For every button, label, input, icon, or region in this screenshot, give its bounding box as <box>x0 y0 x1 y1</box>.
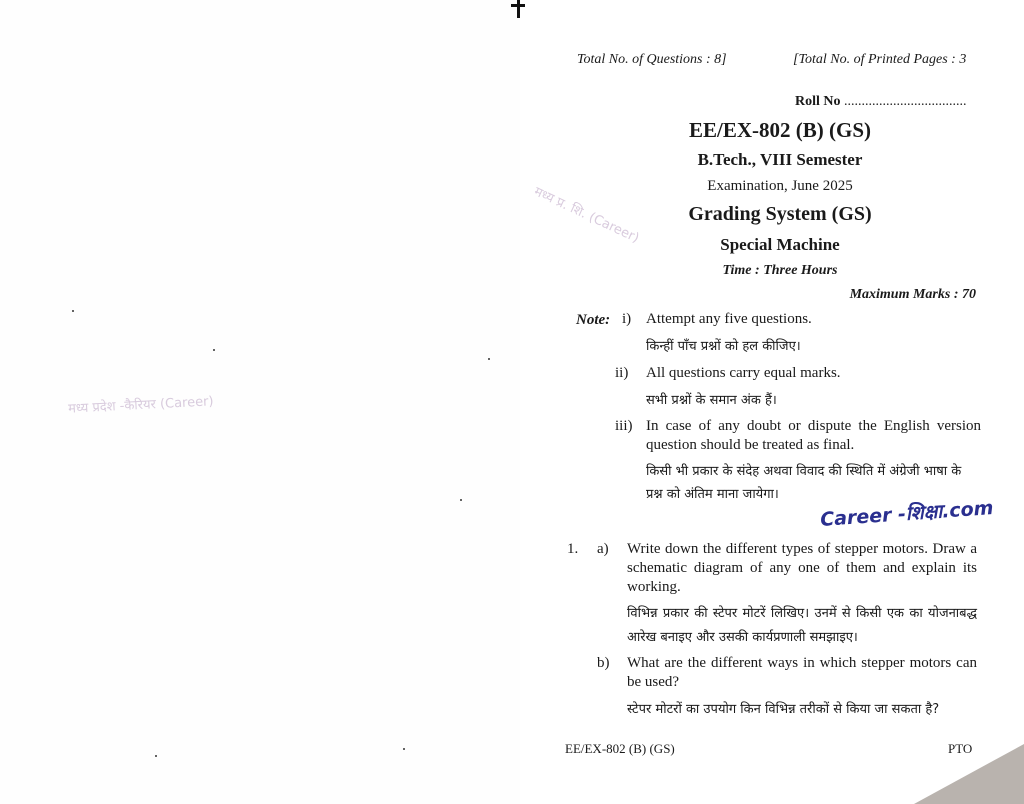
question-part-label: a) <box>597 541 609 558</box>
subject-name: Special Machine <box>580 235 980 255</box>
faint-stamp-left: मध्य प्रदेश -कैरियर (Career) <box>68 391 214 417</box>
paper-code: EE/EX-802 (B) (GS) <box>580 118 980 143</box>
note-text-hi: किन्हीं पाँच प्रश्नों को हल कीजिए। <box>646 336 801 354</box>
total-questions: Total No. of Questions : 8] <box>577 52 727 68</box>
note-text-en: All questions carry equal marks. <box>646 365 841 382</box>
note-number: iii) <box>615 418 633 435</box>
speck <box>403 748 405 750</box>
speck <box>460 499 462 501</box>
time-allowed: Time : Three Hours <box>580 263 980 279</box>
grading-system: Grading System (GS) <box>580 203 980 226</box>
speck <box>213 349 215 351</box>
maximum-marks: Maximum Marks : 70 <box>850 287 976 303</box>
note-text-hi: सभी प्रश्नों के समान अंक हैं। <box>646 390 777 408</box>
roll-number-field: Roll No ................................… <box>795 94 967 110</box>
question-text-en: What are the different ways in which ste… <box>627 654 977 692</box>
footer-paper-code: EE/EX-802 (B) (GS) <box>565 741 675 757</box>
roll-label: Roll No <box>795 94 841 109</box>
question-text-hi: विभिन्न प्रकार की स्टेपर मोटरें लिखिए। उ… <box>627 602 977 650</box>
note-text-en: In case of any doubt or dispute the Engl… <box>646 417 981 455</box>
binding-mark <box>511 0 525 18</box>
page-corner-fold <box>914 744 1024 804</box>
speck <box>155 755 157 757</box>
question-text-hi: स्टेपर मोटरों का उपयोग किन विभिन्न तरीको… <box>627 700 987 719</box>
note-text-en: Attempt any five questions. <box>646 311 812 328</box>
question-part-label: b) <box>597 655 610 672</box>
note-number: ii) <box>615 365 628 382</box>
note-number: i) <box>622 311 631 328</box>
question-number: 1. <box>567 541 578 558</box>
left-page: मध्य प्रदेश -कैरियर (Career) <box>0 0 520 804</box>
exam-session: Examination, June 2025 <box>580 178 980 195</box>
course-title: B.Tech., VIII Semester <box>580 150 980 170</box>
speck <box>72 310 74 312</box>
question-text-en: Write down the different types of steppe… <box>627 540 977 597</box>
note-label: Note: <box>576 312 610 329</box>
roll-dots: ................................... <box>844 94 967 109</box>
total-pages: [Total No. of Printed Pages : 3 <box>793 52 966 68</box>
speck <box>488 358 490 360</box>
